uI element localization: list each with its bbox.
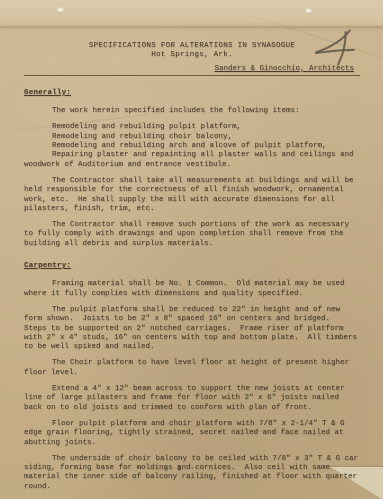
carpentry-paragraph: The pulpit platform shall be reduced to … [24, 306, 360, 352]
carpentry-paragraph: The underside of choir balcony to be cei… [24, 455, 360, 492]
section-heading-generally: Generally: [24, 89, 360, 98]
architects-line: Sanders & Ginocchio, Architects [24, 65, 360, 76]
document-location: Hot Springs, Ark. [24, 51, 360, 60]
document-title: SPECIFICATIONS FOR ALTERATIONS IN SYNAGO… [24, 42, 360, 51]
carpentry-paragraph: Floor pulpit platform and choir platform… [24, 420, 360, 448]
paper-top-edge [0, 0, 383, 26]
section-heading-carpentry: Carpentry: [24, 262, 360, 271]
staple-hole-right [306, 9, 311, 13]
generally-paragraph: The Contractor shall remove such portion… [24, 221, 360, 249]
work-item: Remodeling and rebuilding arch and alcov… [24, 142, 360, 151]
generally-intro: The work herein specified includes the f… [24, 107, 360, 116]
architects-name: Sanders & Ginocchio, Architects [214, 65, 354, 73]
work-items-list: Remodeling and rebuilding pulpit platfor… [24, 123, 360, 169]
page-number: - 1 - [164, 465, 197, 473]
document-title-block: SPECIFICATIONS FOR ALTERATIONS IN SYNAGO… [24, 42, 360, 61]
generally-paragraph: The Contractor shall take all measuremen… [24, 177, 360, 214]
document-body: SPECIFICATIONS FOR ALTERATIONS IN SYNAGO… [24, 42, 360, 499]
scanned-document-page: SPECIFICATIONS FOR ALTERATIONS IN SYNAGO… [0, 0, 383, 499]
carpentry-paragraph: The Choir platform to have level floor a… [24, 359, 360, 378]
carpentry-paragraph: Framing material shall be No. 1 Common. … [24, 280, 360, 299]
staple-hole-left [58, 8, 63, 12]
carpentry-paragraph: Extend a 4" x 12" beam across to support… [24, 385, 360, 413]
work-item: Remodeling and rebuilding pulpit platfor… [24, 123, 360, 132]
work-item: Remodeling and rebuilding choir balcony, [24, 133, 360, 142]
work-item: Repairing plaster and repainting all pla… [24, 151, 360, 170]
